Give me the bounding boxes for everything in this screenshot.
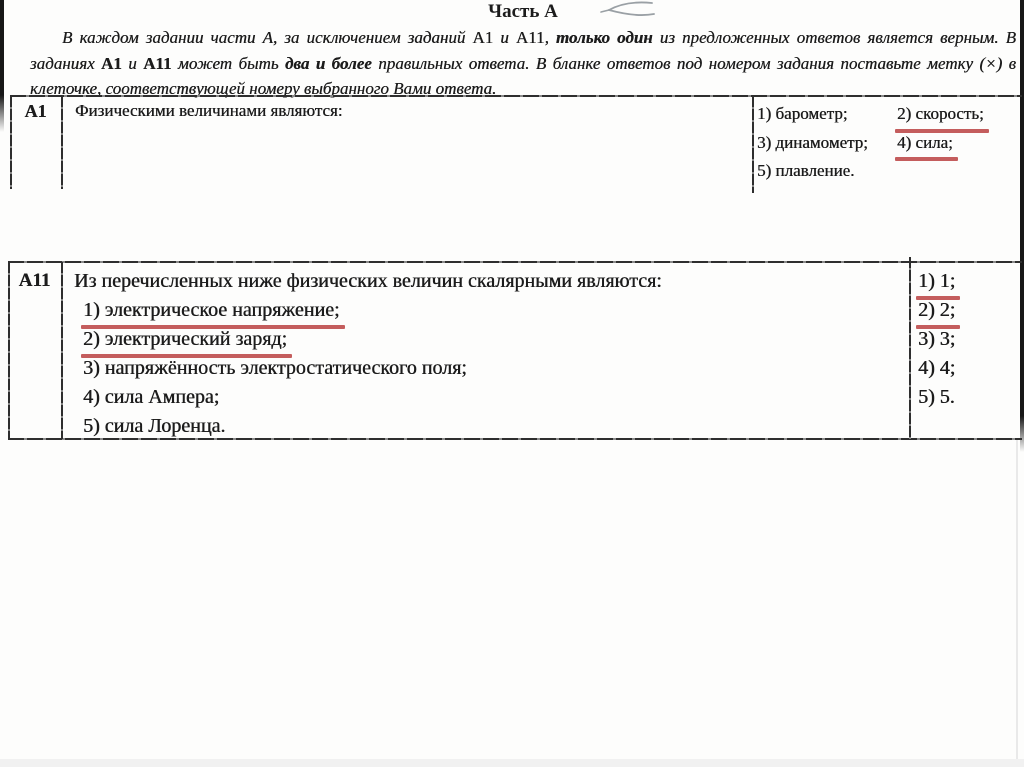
slide-bottom-band — [0, 759, 1024, 767]
a1-top-border — [10, 95, 1022, 97]
a11-option-text: 5) сила Лоренца. — [83, 415, 225, 437]
a11-option: 2) электрический заряд; — [74, 325, 902, 354]
a1-answer-row: 1) барометр;2) скорость; — [757, 100, 1019, 129]
scanned-test-page: Часть А В каждом задании части А, за иск… — [0, 0, 1024, 767]
a1-answer-option: 1) барометр; — [757, 100, 897, 129]
a1-answer-option: 4) сила; — [897, 129, 953, 158]
a11-option: 5) сила Лоренца. — [74, 412, 902, 441]
instruction-segment: , — [545, 28, 556, 47]
a11-answer-row: 1) 1; — [918, 267, 1018, 296]
a11-question: Из перечисленных ниже физических величин… — [74, 267, 902, 296]
a11-option-text: 3) напряжённость электростатического пол… — [83, 357, 467, 379]
a11-question-block: Из перечисленных ниже физических величин… — [74, 267, 902, 441]
a11-option-text: 1) электрическое напряжение; — [83, 296, 340, 325]
a1-answer-option: 3) динамометр; — [757, 129, 897, 158]
a11-answer-row: 5) 5. — [918, 383, 1018, 412]
a11-answer-text: 4) 4; — [918, 357, 955, 379]
a1-task-number: А1 — [10, 101, 61, 122]
a11-separator-label — [61, 262, 63, 439]
scan-edge-right-faint — [1016, 440, 1018, 760]
instruction-segment: А11 — [516, 28, 545, 47]
a1-answer-row: 3) динамометр;4) сила; — [757, 129, 1019, 158]
instruction-segment: и — [493, 28, 516, 47]
a11-answer-text: 1) 1; — [918, 267, 955, 296]
a1-answer-option: 5) плавление. — [757, 161, 854, 180]
a11-option-text: 2) электрический заряд; — [83, 325, 287, 354]
instruction-segment: А1 — [472, 28, 493, 47]
instruction-segment: два и более — [285, 54, 372, 73]
instruction-segment: А1 — [101, 54, 122, 73]
scan-edge-right — [1020, 0, 1024, 452]
a11-answer-row: 2) 2; — [918, 296, 1018, 325]
instruction-segment: может быть — [172, 54, 285, 73]
a1-answers: 1) барометр;2) скорость; 3) динамометр;4… — [757, 100, 1019, 186]
a11-answer-text: 2) 2; — [918, 296, 955, 325]
pencil-squiggle-icon — [588, 0, 656, 22]
a1-answer-row: 5) плавление. — [757, 157, 1019, 186]
a11-answer-row: 3) 3; — [918, 325, 1018, 354]
a11-separator-answers — [909, 257, 911, 439]
instruction-segment: В каждом задании части А, за исключением… — [62, 28, 472, 47]
a11-answer-text: 3) 3; — [918, 328, 955, 350]
instruction-segment: и — [122, 54, 143, 73]
a11-option: 1) электрическое напряжение; — [74, 296, 902, 325]
a1-question: Физическими величинами являются: — [75, 101, 342, 121]
a11-option: 4) сила Ампера; — [74, 383, 902, 412]
page-title: Часть А — [30, 1, 1016, 23]
instruction-segment: только один — [556, 28, 653, 47]
a11-answer-row: 4) 4; — [918, 354, 1018, 383]
a11-top-border — [8, 261, 1022, 263]
instruction-segment: А11 — [143, 54, 171, 73]
a11-task-number: А11 — [8, 270, 61, 292]
a1-answer-option: 2) скорость; — [897, 100, 984, 129]
a11-answers: 1) 1; 2) 2; 3) 3; 4) 4; 5) 5. — [918, 267, 1018, 412]
a1-separator-answers — [752, 96, 754, 193]
a1-separator-label — [61, 96, 63, 189]
a11-option-text: 4) сила Ампера; — [83, 386, 219, 408]
a11-option: 3) напряжённость электростатического пол… — [74, 354, 902, 383]
scan-edge-left — [0, 0, 4, 132]
a11-answer-text: 5) 5. — [918, 386, 955, 408]
instructions-paragraph: В каждом задании части А, за исключением… — [30, 25, 1016, 102]
